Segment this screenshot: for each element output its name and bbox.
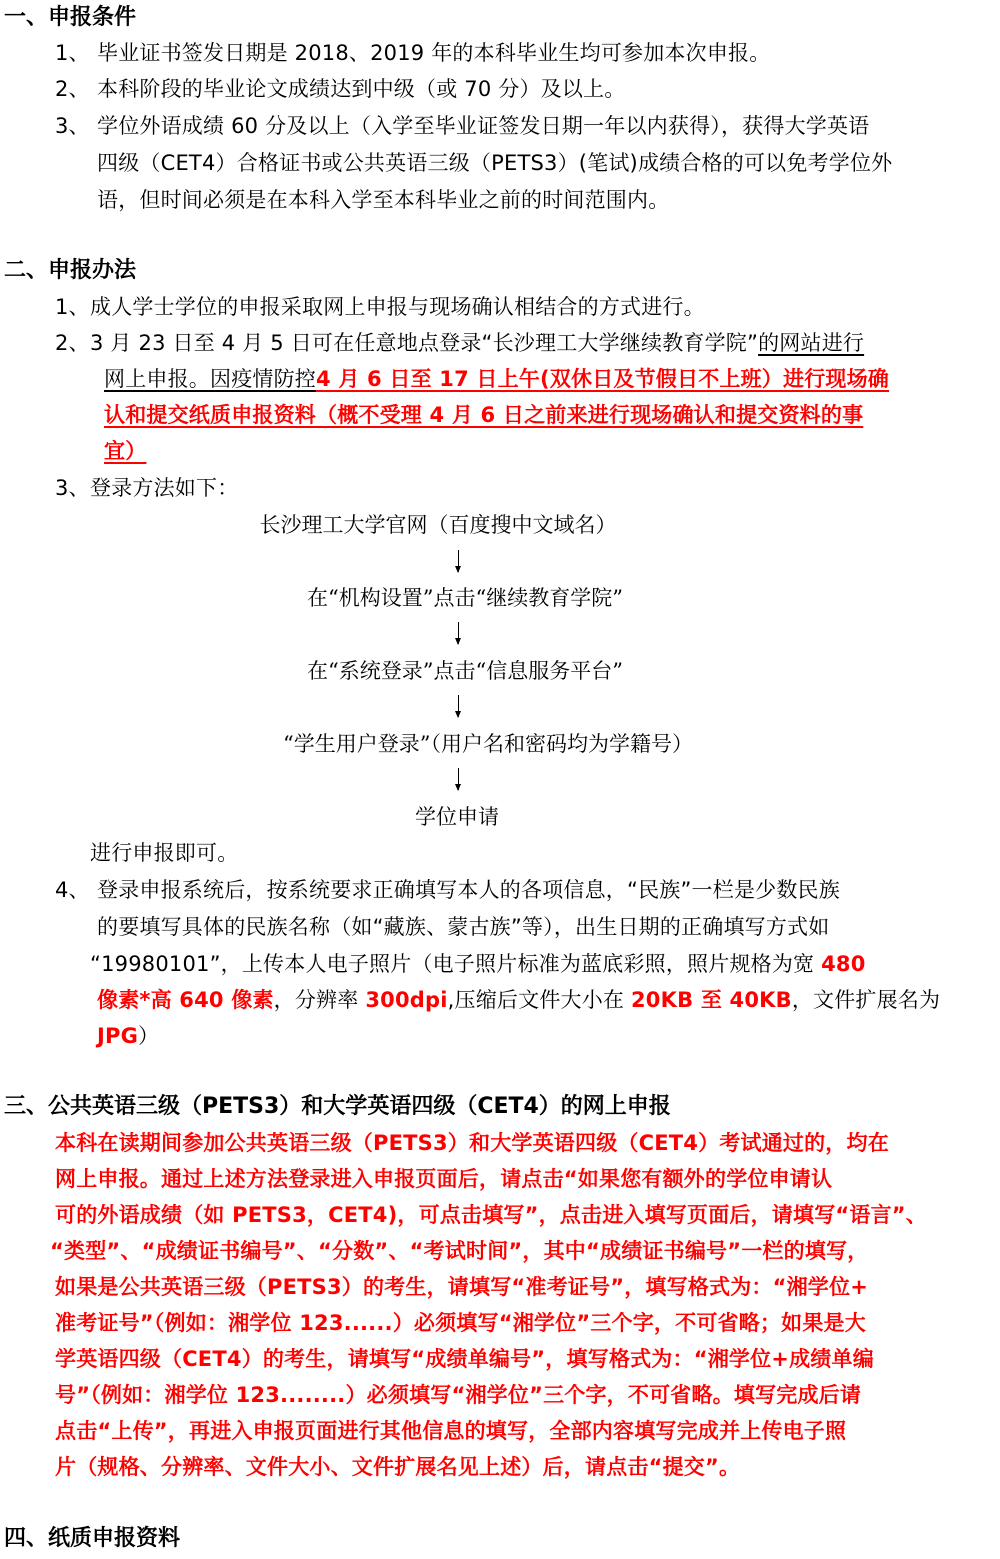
method-item-4-line-5: JPG）: [97, 1021, 159, 1051]
english-notice-line-5: 如果是公共英语三级（PETS3）的考生，请填写“准考证号”，填写格式为：“湘学位…: [55, 1272, 868, 1302]
filesize-value: 20KB 至 40KB: [631, 988, 792, 1012]
list-number: 1、: [55, 38, 90, 68]
condition-item-2: 本科阶段的毕业论文成绩达到中级（或 70 分）及以上。: [97, 74, 625, 104]
list-number: 2、: [55, 328, 90, 358]
condition-item-1: 毕业证书签发日期是 2018、2019 年的本科毕业生均可参加本次申报。: [97, 38, 770, 68]
list-number: 3、: [55, 473, 90, 503]
method-item-2-line-1: 3 月 23 日至 4 月 5 日可在任意地点登录“长沙理工大学继续教育学院”的…: [90, 328, 864, 358]
section-heading-method: 二、申报办法: [4, 256, 136, 286]
section-heading-paper-materials: 四、纸质申报资料: [4, 1524, 180, 1554]
english-notice-line-1: 本科在读期间参加公共英语三级（PETS3）和大学英语四级（CET4）考试通过的，…: [55, 1128, 889, 1158]
method-item-2-line-2: 网上申报。因疫情防控4 月 6 日至 17 日上午(双休日及节假日不上班）进行现…: [104, 364, 889, 394]
method-item-1: 成人学士学位的申报采取网上申报与现场确认相结合的方式进行。: [90, 292, 705, 322]
photo-height-value: 像素*高 640 像素: [97, 988, 274, 1012]
website-link-text: 的网站进行: [758, 331, 864, 355]
onsite-confirm-notice: 4 月 6 日至 17 日上午(双休日及节假日不上班）进行现场确: [316, 367, 889, 391]
condition-item-3-line-2: 四级（CET4）合格证书或公共英语三级（PETS3）(笔试)成绩合格的可以免考学…: [97, 148, 892, 178]
method-item-4-line-1: 登录申报系统后，按系统要求正确填写本人的各项信息，“民族”一栏是少数民族: [97, 875, 840, 905]
section-heading-conditions: 一、申报条件: [4, 3, 136, 33]
method-item-2-text: 3 月 23 日至 4 月 5 日可在任意地点登录“长沙理工大学继续教育学院”: [90, 331, 758, 355]
section-heading-english-online: 三、公共英语三级（PETS3）和大学英语四级（CET4）的网上申报: [4, 1092, 671, 1122]
extension-label: ，文件扩展名为: [792, 988, 940, 1012]
english-notice-line-6: 准考证号”（例如：湘学位 123......）必须填写“湘学位”三个字，不可省略…: [55, 1308, 866, 1338]
arrow-down-icon: [458, 550, 459, 572]
method-item-4-line-2: 的要填写具体的民族名称（如“藏族、蒙古族”等），出生日期的正确填写方式如: [97, 912, 829, 942]
condition-item-3-line-3: 语，但时间必须是在本科入学至本科毕业之前的时间范围内。: [97, 185, 669, 215]
photo-width-value: 480: [821, 952, 865, 976]
online-declare-text: 网上申报。因疫情防控: [104, 367, 316, 391]
english-notice-line-10: 片（规格、分辨率、文件大小、文件扩展名见上述）后，请点击“提交”。: [55, 1452, 740, 1482]
flow-step-system-login: 在“系统登录”点击“信息服务平台”: [307, 656, 623, 686]
filesize-label: ,压缩后文件大小在: [448, 988, 631, 1012]
photo-spec-text: “19980101”，上传本人电子照片（电子照片标准为蓝底彩照，照片规格为宽: [90, 952, 821, 976]
document-page: 一、申报条件 1、 毕业证书签发日期是 2018、2019 年的本科毕业生均可参…: [0, 0, 1000, 1559]
flow-step-official-site: 长沙理工大学官网（百度搜中文域名）: [260, 510, 617, 540]
english-notice-line-2: 网上申报。通过上述方法登录进入申报页面后，请点击“如果您有额外的学位申请认: [55, 1164, 832, 1194]
english-notice-line-3: 可的外语成绩（如 PETS3，CET4)，可点击填写”，点击进入填写页面后，请填…: [55, 1200, 927, 1230]
english-notice-line-9: 点击“上传”，再进入申报页面进行其他信息的填写，全部内容填写完成并上传电子照: [55, 1416, 846, 1446]
method-item-2-line-3: 认和提交纸质申报资料（概不受理 4 月 6 日之前来进行现场确认和提交资料的事: [104, 400, 863, 430]
flow-step-student-login: “学生用户登录”（用户名和密码均为学籍号）: [283, 729, 693, 759]
arrow-down-icon: [458, 622, 459, 644]
list-number: 1、: [55, 292, 90, 322]
closing-paren: ）: [138, 1024, 159, 1048]
arrow-down-icon: [458, 768, 459, 790]
english-notice-line-4: “类型”、“成绩证书编号”、“分数”、“考试时间”，其中“成绩证书编号”一栏的填…: [50, 1236, 868, 1266]
list-number: 3、: [55, 111, 90, 141]
flow-step-institution: 在“机构设置”点击“继续教育学院”: [307, 583, 623, 613]
english-notice-line-7: 学英语四级（CET4）的考生，请填写“成绩单编号”，填写格式为：“湘学位+成绩单…: [55, 1344, 874, 1374]
extension-value: JPG: [97, 1024, 138, 1048]
resolution-value: 300dpi: [365, 988, 447, 1012]
method-item-4-line-3: “19980101”，上传本人电子照片（电子照片标准为蓝底彩照，照片规格为宽 4…: [90, 949, 866, 979]
english-notice-line-8: 号”（例如：湘学位 123........）必须填写“湘学位”三个字，不可省略。…: [55, 1380, 861, 1410]
method-item-3: 登录方法如下：: [90, 473, 238, 503]
list-number: 4、: [55, 875, 90, 905]
flow-step-degree-apply: 学位申请: [415, 802, 499, 832]
method-item-4-line-4: 像素*高 640 像素，分辨率 300dpi,压缩后文件大小在 20KB 至 4…: [97, 985, 940, 1015]
condition-item-3-line-1: 学位外语成绩 60 分及以上（入学至毕业证签发日期一年以内获得），获得大学英语: [97, 111, 869, 141]
method-item-3-after: 进行申报即可。: [90, 838, 238, 868]
method-item-2-line-4: 宜）: [104, 436, 146, 466]
resolution-label: ，分辨率: [274, 988, 366, 1012]
arrow-down-icon: [458, 695, 459, 717]
list-number: 2、: [55, 74, 90, 104]
